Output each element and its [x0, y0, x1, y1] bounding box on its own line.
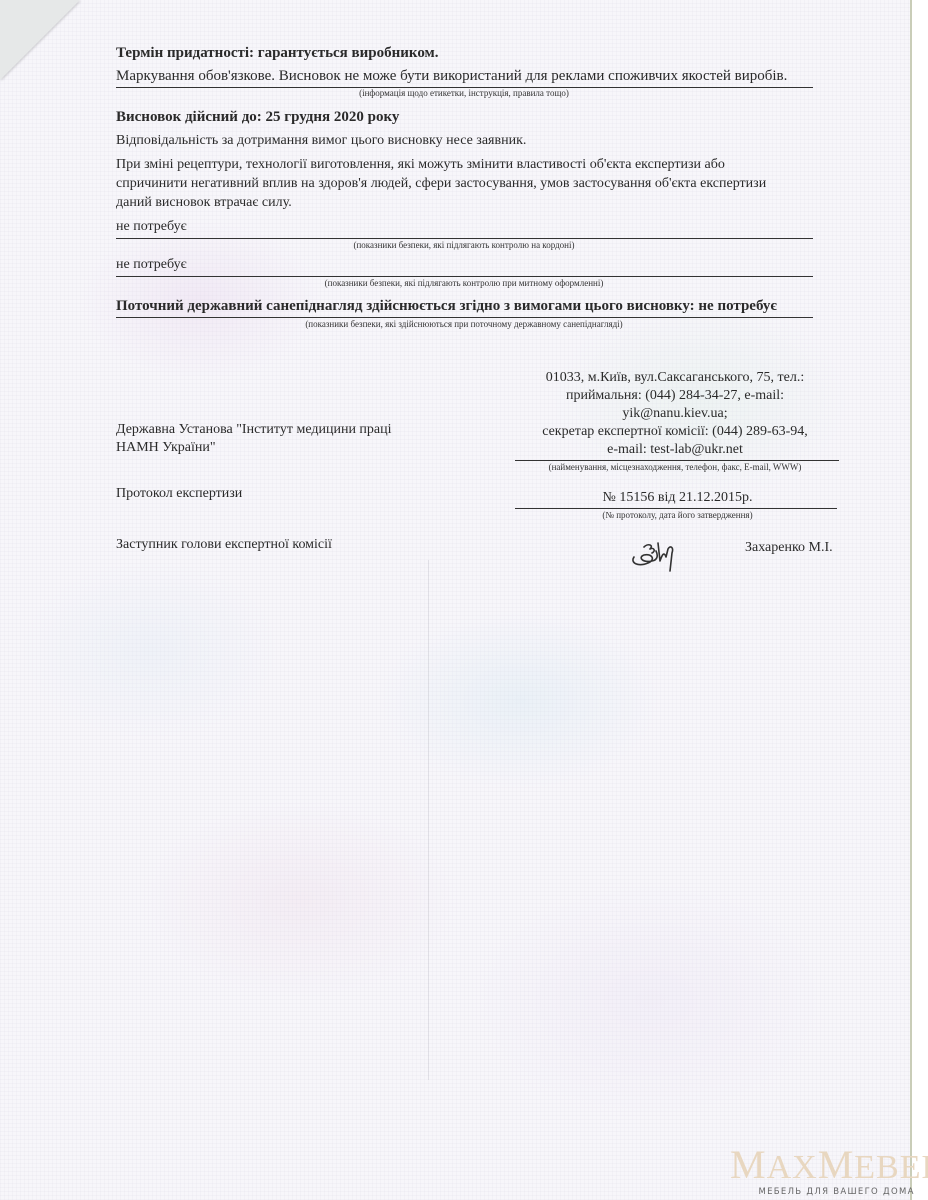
page-crease: [428, 560, 429, 1080]
supervision-caption: (показники безпеки, які здійснюються при…: [0, 319, 928, 329]
folded-corner: [0, 0, 80, 80]
change-clause-line: При зміні рецептури, технології виготовл…: [116, 157, 725, 173]
institution-name-line: Державна Установа "Інститут медицини пра…: [116, 422, 392, 438]
change-clause-line: спричинити негативний вплив на здоров'я …: [116, 176, 766, 192]
customs-control-rule: [116, 276, 813, 277]
address-line: приймальня: (044) 284-34-27, e-mail:: [510, 388, 840, 404]
signature-icon: [628, 533, 690, 573]
institution-name-line: НАМН України": [116, 440, 216, 456]
address-email: yik@nanu.kiev.ua;: [510, 406, 840, 422]
protocol-rule: [515, 508, 837, 509]
supervision-text: Поточний державний санепіднагляд здійсню…: [116, 298, 777, 315]
address-line: секретар експертної комісії: (044) 289-6…: [510, 424, 840, 440]
address-email: e-mail: test-lab@ukr.net: [510, 442, 840, 458]
customs-control-value: не потребує: [116, 257, 187, 273]
protocol-caption: (№ протоколу, дата його затвердження): [515, 510, 840, 520]
border-control-caption: (показники безпеки, які підлягають контр…: [0, 240, 928, 250]
border-control-value: не потребує: [116, 219, 187, 235]
responsibility-text: Відповідальність за дотримання вимог цьо…: [116, 133, 526, 149]
change-clause-line: даний висновок втрачає силу.: [116, 195, 292, 211]
signatory-role: Заступник голови експертної комісії: [116, 537, 332, 553]
brand-logo: MAXMEBEL: [730, 1148, 928, 1185]
brand-tagline: МЕБЕЛЬ ДЛЯ ВАШЕГО ДОМА: [730, 1187, 928, 1197]
address-caption: (найменування, місцезнаходження, телефон…: [510, 462, 840, 472]
address-line: 01033, м.Київ, вул.Саксаганського, 75, т…: [510, 370, 840, 386]
protocol-label: Протокол експертизи: [116, 486, 242, 502]
border-control-rule: [116, 238, 813, 239]
labeling-text: Маркування обов'язкове. Висновок не може…: [116, 68, 787, 85]
signatory-name: Захаренко М.І.: [745, 540, 833, 556]
customs-control-caption: (показники безпеки, які підлягають контр…: [0, 278, 928, 288]
shelf-life-text: Термін придатності: гарантується виробни…: [116, 45, 439, 62]
supervision-rule: [116, 317, 813, 318]
labeling-caption: (інформація щодо етикетки, інструкція, п…: [0, 88, 928, 98]
address-rule: [515, 460, 839, 461]
brand-watermark: MAXMEBEL МЕБЕЛЬ ДЛЯ ВАШЕГО ДОМА: [730, 1148, 928, 1197]
page-edge: [910, 0, 928, 1200]
protocol-number: № 15156 від 21.12.2015р.: [515, 490, 840, 506]
valid-until-text: Висновок дійсний до: 25 грудня 2020 року: [116, 109, 399, 126]
